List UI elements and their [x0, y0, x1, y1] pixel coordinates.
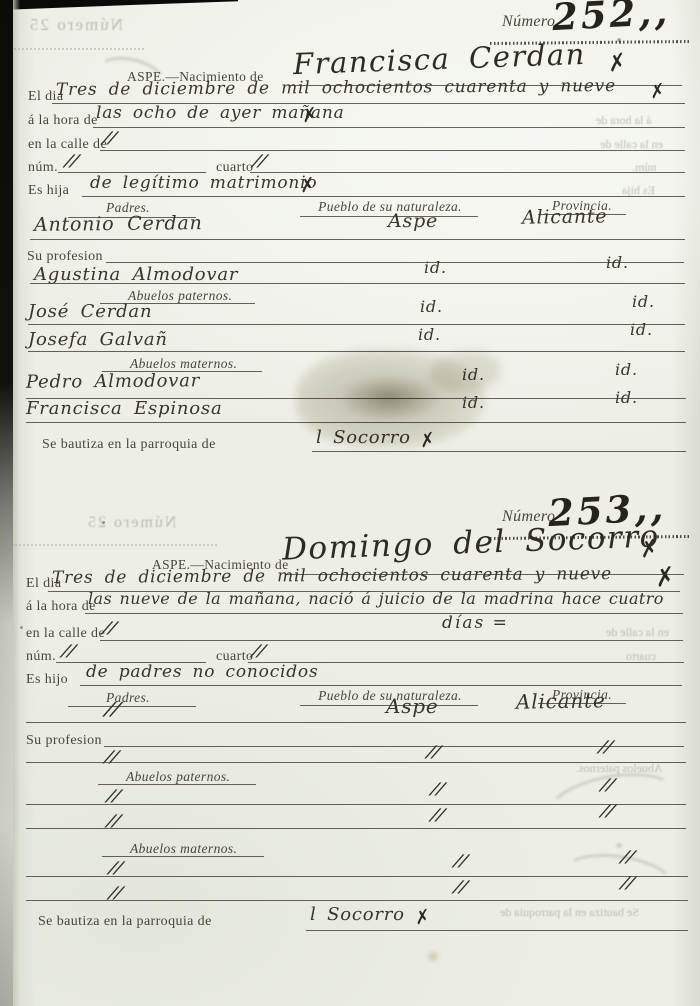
dia-value: Tres de diciembre de mil ochocientos cua…	[52, 565, 612, 588]
rubric-mark: ✗	[639, 536, 659, 565]
calle-value-ditto: //	[101, 619, 119, 637]
rubric-mark: ✗	[301, 104, 318, 128]
abuela-paterna-provincia: id.	[630, 321, 653, 339]
hijo-label: Es hija	[28, 183, 69, 198]
ruled-line	[30, 283, 685, 284]
bautiza-label: Se bautiza en la parroquia de	[42, 437, 216, 452]
ruled-line	[312, 451, 686, 452]
ruled-line	[98, 784, 256, 785]
abuelo-paterno-pueblo: id.	[420, 298, 443, 316]
madre-pueblo: id.	[424, 259, 447, 277]
abuela-materna-nombre: Francisca Espinosa	[26, 399, 222, 419]
abuelo-paterno-nombre-ditto: //	[105, 787, 123, 805]
abuelo-materno-nombre-ditto: //	[107, 859, 125, 877]
ruled-line	[26, 828, 686, 829]
child-name: Domingo del Socorro	[282, 519, 661, 566]
ruled-line	[28, 324, 685, 325]
abuelo-paterno-pueblo-ditto: //	[429, 780, 447, 798]
ruled-line	[26, 900, 688, 901]
registro-civil-page: Número 25 á la hora de en la calle de nú…	[0, 0, 700, 1006]
ruled-line	[102, 856, 264, 857]
ruled-line	[80, 685, 682, 686]
madre-provincia: id.	[606, 254, 629, 272]
ruled-line	[93, 127, 685, 128]
ruled-line	[26, 804, 686, 805]
ink-stain-center	[340, 376, 440, 420]
ruled-line	[100, 150, 685, 151]
num-label: núm.	[26, 649, 56, 664]
dia-value: Tres de diciembre de mil ochocientos cua…	[56, 77, 616, 100]
ruled-line	[82, 196, 685, 197]
bautiza-label: Se bautiza en la parroquia de	[38, 914, 212, 929]
numero-value: 252,,	[551, 0, 671, 38]
numero-label: Número	[502, 13, 555, 31]
madre-nombre: Agustina Almodovar	[34, 265, 238, 285]
ruled-line	[68, 706, 196, 707]
hijo-value: de legítimo matrimonio	[90, 174, 317, 193]
rubric-mark: ✗	[414, 906, 431, 930]
rubric-mark: ✗	[299, 174, 316, 198]
hijo-label: Es hijo	[26, 672, 68, 687]
ruled-line	[100, 640, 683, 641]
padre-pueblo: Aspe	[386, 695, 439, 717]
ruled-line	[26, 876, 688, 877]
column-header-padres: Padres.	[58, 691, 198, 706]
abuelo-materno-provincia-ditto: //	[619, 848, 637, 866]
abuelo-paterno-provincia-ditto: //	[599, 776, 617, 794]
abuelo-materno-provincia: id.	[615, 361, 638, 379]
padre-pueblo: Aspe	[388, 211, 438, 232]
birth-record-253: Número 253,, Domingo del Socorro ✗ ASPE.…	[0, 492, 700, 952]
abuelo-materno-nombre: Pedro Almodovar	[26, 371, 200, 392]
num-label: núm.	[28, 160, 58, 175]
abuela-materna-provincia: id.	[615, 389, 638, 407]
abuela-materna-nombre-ditto: //	[107, 884, 125, 902]
padre-nombre: Antonio Cerdan	[34, 213, 203, 236]
abuelos-maternos-label: Abuelos maternos.	[130, 842, 237, 857]
hijo-value: de padres no conocidos	[86, 663, 319, 682]
paper-speck	[428, 952, 438, 961]
ink-stain-edge	[430, 352, 500, 392]
calle-label: en la calle de	[28, 137, 107, 152]
num-value-ditto: //	[63, 152, 81, 170]
su-profesion-label: Su profesion	[26, 733, 102, 748]
bautiza-value: l Socorro	[310, 905, 405, 925]
ruled-line	[26, 722, 686, 723]
hora-value-continuation: días =	[442, 614, 509, 633]
padre-provincia: Alicante	[516, 689, 606, 713]
num-value-ditto: //	[60, 642, 78, 660]
cuarto-value-ditto: //	[250, 642, 268, 660]
su-profesion-label: Su profesion	[27, 249, 103, 264]
calle-label: en la calle de	[26, 626, 105, 641]
cuarto-value-ditto: //	[251, 152, 269, 170]
rubric-mark: ✗	[649, 80, 666, 104]
abuelo-paterno-provincia: id.	[632, 293, 655, 311]
birth-record-252: Número 252,, Francisca Cerdan ✗ ASPE.—Na…	[0, 0, 700, 470]
abuela-paterna-nombre: Josefa Galvañ	[28, 330, 168, 350]
abuela-paterna-pueblo-ditto: //	[429, 806, 447, 824]
child-name: Francisca Cerdan	[293, 39, 587, 81]
abuela-paterna-nombre-ditto: //	[105, 812, 123, 830]
ruled-line	[85, 613, 683, 614]
abuelo-paterno-nombre: José Cerdan	[28, 302, 152, 322]
padre-provincia: Alicante	[522, 206, 608, 228]
abuela-materna-pueblo-ditto: //	[452, 878, 470, 896]
hora-label: á la hora de	[28, 113, 98, 128]
ruled-line	[104, 746, 684, 747]
hora-value: las nueve de la mañana, nació á juicio d…	[88, 590, 664, 608]
ruled-line	[106, 262, 684, 263]
ruled-line	[306, 930, 688, 931]
rubric-mark: ✗	[607, 50, 627, 79]
abuelo-materno-pueblo-ditto: //	[452, 852, 470, 870]
calle-value-ditto: //	[101, 129, 119, 147]
abuelos-paternos-label: Abuelos paternos.	[126, 770, 230, 785]
abuela-paterna-pueblo: id.	[418, 326, 441, 344]
ruled-line	[26, 762, 686, 763]
ruled-line	[30, 239, 685, 240]
